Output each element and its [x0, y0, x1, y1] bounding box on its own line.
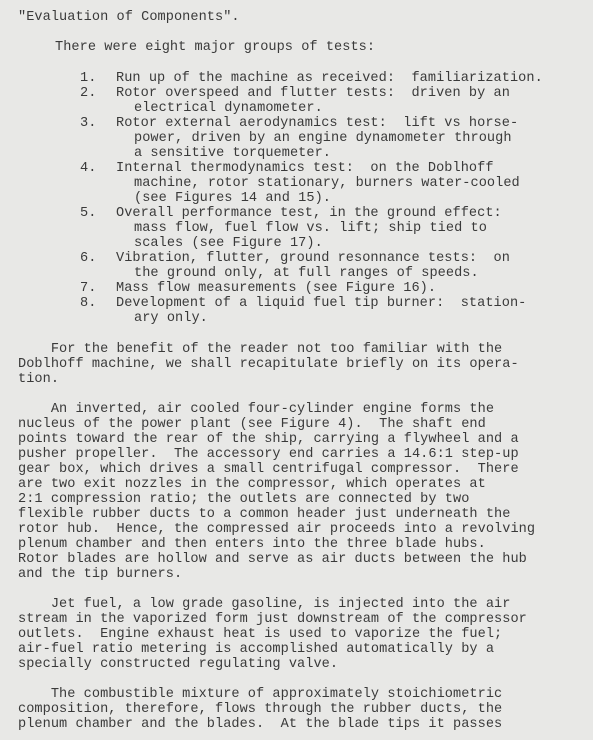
paragraph-line: air-fuel ratio metering is accomplished … [18, 642, 527, 657]
test-text-line: Mass flow measurements (see Figure 16). [116, 281, 436, 296]
paragraph-engine-description: An inverted, air cooled four-cylinder en… [18, 402, 535, 582]
test-number: 3. [80, 116, 116, 161]
test-text-line: electrical dynamometer. [116, 101, 510, 116]
test-text-line: machine, rotor stationary, burners water… [116, 176, 520, 191]
paragraph-line: composition, therefore, flows through th… [18, 702, 502, 717]
paragraph-line: Jet fuel, a low grade gasoline, is injec… [18, 597, 527, 612]
paragraph-line: An inverted, air cooled four-cylinder en… [18, 402, 535, 417]
test-number: 2. [80, 86, 116, 116]
test-number: 8. [80, 296, 116, 326]
paragraph-line: stream in the vaporized form just downst… [18, 612, 527, 627]
test-list-item: 8.Development of a liquid fuel tip burne… [80, 296, 543, 326]
test-text-line: Rotor overspeed and flutter tests: drive… [116, 86, 510, 101]
test-text-line: the ground only, at full ranges of speed… [116, 266, 510, 281]
paragraph-line: For the benefit of the reader not too fa… [18, 342, 519, 357]
test-text-line: Overall performance test, in the ground … [116, 206, 502, 221]
test-text-line: Development of a liquid fuel tip burner:… [116, 296, 526, 311]
tests-list: 1.Run up of the machine as received: fam… [80, 71, 543, 326]
paragraph-line: The combustible mixture of approximately… [18, 687, 502, 702]
paragraph-line: and the tip burners. [18, 567, 535, 582]
test-number: 7. [80, 281, 116, 296]
paragraph-doblhoff-intro: For the benefit of the reader not too fa… [18, 342, 519, 387]
test-number: 4. [80, 161, 116, 206]
test-text-line: Vibration, flutter, ground resonnance te… [116, 251, 510, 266]
paragraph-line: pusher propeller. The accessory end carr… [18, 447, 535, 462]
test-text-line: mass flow, fuel flow vs. lift; ship tied… [116, 221, 502, 236]
paragraph-line: specially constructed regulating valve. [18, 657, 527, 672]
paragraph-line: 2:1 compression ratio; the outlets are c… [18, 492, 535, 507]
test-list-item: 7.Mass flow measurements (see Figure 16)… [80, 281, 543, 296]
test-number: 1. [80, 71, 116, 86]
test-list-item: 3.Rotor external aerodynamics test: lift… [80, 116, 543, 161]
document-page: "Evaluation of Components". There were e… [0, 0, 593, 740]
paragraph-line: plenum chamber and the blades. At the bl… [18, 717, 502, 732]
paragraph-line: rotor hub. Hence, the compressed air pro… [18, 522, 535, 537]
test-text-line: power, driven by an engine dynamometer t… [116, 131, 518, 146]
test-text-line: scales (see Figure 17). [116, 236, 502, 251]
paragraph-line: points toward the rear of the ship, carr… [18, 432, 535, 447]
test-number: 6. [80, 251, 116, 281]
test-list-item: 6.Vibration, flutter, ground resonnance … [80, 251, 543, 281]
test-text-line: Rotor external aerodynamics test: lift v… [116, 116, 518, 131]
paragraph-line: Rotor blades are hollow and serve as air… [18, 552, 535, 567]
paragraph-line: are two exit nozzles in the compressor, … [18, 477, 535, 492]
intro-text: There were eight major groups of tests: [55, 40, 375, 55]
test-list-item: 2.Rotor overspeed and flutter tests: dri… [80, 86, 543, 116]
test-list-item: 5.Overall performance test, in the groun… [80, 206, 543, 251]
paragraph-combustible-mixture: The combustible mixture of approximately… [18, 687, 502, 732]
test-text-line: Internal thermodynamics test: on the Dob… [116, 161, 520, 176]
paragraph-line: flexible rubber ducts to a common header… [18, 507, 535, 522]
test-text-line: Run up of the machine as received: famil… [116, 71, 543, 86]
test-number: 5. [80, 206, 116, 251]
test-list-item: 4.Internal thermodynamics test: on the D… [80, 161, 543, 206]
paragraph-line: nucleus of the power plant (see Figure 4… [18, 417, 535, 432]
test-text-line: ary only. [116, 311, 526, 326]
paragraph-jet-fuel: Jet fuel, a low grade gasoline, is injec… [18, 597, 527, 672]
test-text-line: a sensitive torquemeter. [116, 146, 518, 161]
paragraph-line: plenum chamber and then enters into the … [18, 537, 535, 552]
paragraph-line: outlets. Engine exhaust heat is used to … [18, 627, 527, 642]
paragraph-line: Doblhoff machine, we shall recapitulate … [18, 357, 519, 372]
section-heading: "Evaluation of Components". [18, 10, 240, 25]
test-list-item: 1.Run up of the machine as received: fam… [80, 71, 543, 86]
paragraph-line: tion. [18, 372, 519, 387]
test-text-line: (see Figures 14 and 15). [116, 191, 520, 206]
paragraph-line: gear box, which drives a small centrifug… [18, 462, 535, 477]
